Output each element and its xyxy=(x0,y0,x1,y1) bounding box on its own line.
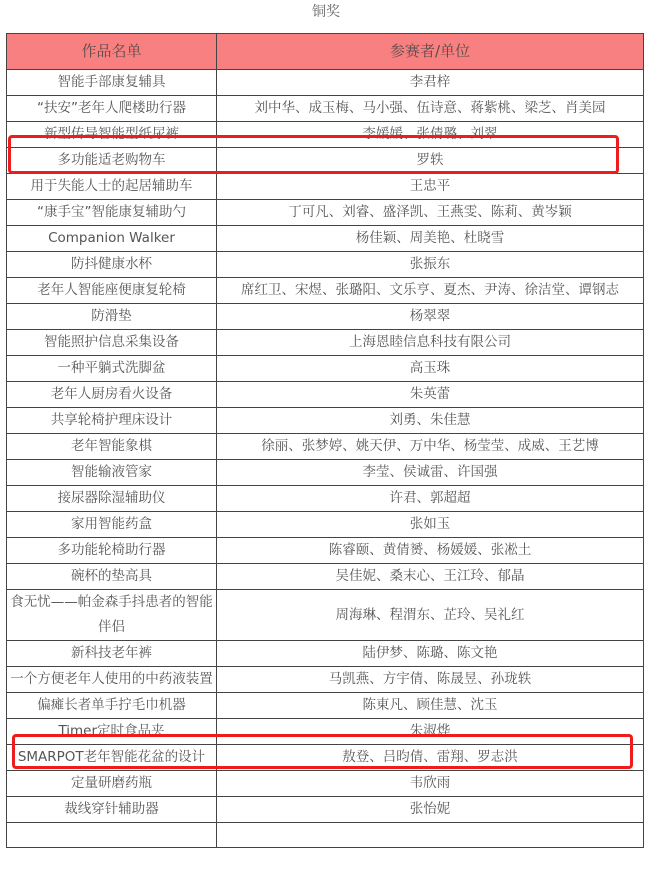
participants-cell: 刘勇、朱佳慧 xyxy=(217,408,644,434)
work-cell: 新型传导智能型纸尿裤 xyxy=(7,122,217,148)
table-row: 多功能适老购物车罗轶 xyxy=(7,148,644,174)
column-header-participants: 参赛者/单位 xyxy=(217,34,644,70)
participants-cell: 周海琳、程渭东、芷玲、吴礼红 xyxy=(217,590,644,641)
table-row: 智能照护信息采集设备上海恩睦信息科技有限公司 xyxy=(7,330,644,356)
participants-cell: 陈睿颐、黄倩赟、杨媛媛、张凇土 xyxy=(217,538,644,564)
table-row: 一种平躺式洗脚盆高玉珠 xyxy=(7,356,644,382)
participants-cell: 陈東凡、顾佳慧、沈玉 xyxy=(217,693,644,719)
participants-cell: 许君、郭超超 xyxy=(217,486,644,512)
participants-cell: 张怡妮 xyxy=(217,797,644,823)
table-row: 智能手部康复辅具李君梓 xyxy=(7,70,644,96)
participants-cell: 张振东 xyxy=(217,252,644,278)
work-cell: 多功能轮椅助行器 xyxy=(7,538,217,564)
work-cell: 老年人智能座便康复轮椅 xyxy=(7,278,217,304)
participants-cell: 高玉珠 xyxy=(217,356,644,382)
work-cell: 智能输液管家 xyxy=(7,460,217,486)
table-row: 共享轮椅护理床设计刘勇、朱佳慧 xyxy=(7,408,644,434)
work-cell xyxy=(7,823,217,848)
participants-cell: 李媛媛、张倩璐、刘翠 xyxy=(217,122,644,148)
table-body: 智能手部康复辅具李君梓 “扶安”老年人爬楼助行器刘中华、成玉梅、马小强、伍诗意、… xyxy=(7,70,644,848)
table-row: 接尿器除湿辅助仪许君、郭超超 xyxy=(7,486,644,512)
table-row: “扶安”老年人爬楼助行器刘中华、成玉梅、马小强、伍诗意、蒋紫桃、梁芝、肖美园 xyxy=(7,96,644,122)
table-row: 防抖健康水杯张振东 xyxy=(7,252,644,278)
work-cell: 食无忧——帕金森手抖患者的智能伴侣 xyxy=(7,590,217,641)
table-row: 多功能轮椅助行器陈睿颐、黄倩赟、杨媛媛、张凇土 xyxy=(7,538,644,564)
work-cell: Timer定时食品夹 xyxy=(7,719,217,745)
work-cell: 碗杯的垫高具 xyxy=(7,564,217,590)
participants-cell: 敖登、吕昀倩、雷翔、罗志洪 xyxy=(217,745,644,771)
participants-cell: 罗轶 xyxy=(217,148,644,174)
work-cell: 新科技老年裤 xyxy=(7,641,217,667)
work-cell: 定量研磨药瓶 xyxy=(7,771,217,797)
participants-cell: 吴佳妮、桑末心、王江玲、郁晶 xyxy=(217,564,644,590)
section-title: 铜奖 xyxy=(0,0,652,24)
table-row: 食无忧——帕金森手抖患者的智能伴侣周海琳、程渭东、芷玲、吴礼红 xyxy=(7,590,644,641)
work-cell: 家用智能药盒 xyxy=(7,512,217,538)
participants-cell: 杨佳颖、周美艳、杜晓雪 xyxy=(217,226,644,252)
participants-cell: 丁可凡、刘睿、盛泽凯、王燕雯、陈莉、黄岑颖 xyxy=(217,200,644,226)
table-row: 智能输液管家李莹、侯诚雷、许国强 xyxy=(7,460,644,486)
awards-table: 作品名单 参赛者/单位 智能手部康复辅具李君梓 “扶安”老年人爬楼助行器刘中华、… xyxy=(6,33,644,848)
table-row: 防滑垫杨翠翠 xyxy=(7,304,644,330)
work-cell: Companion Walker xyxy=(7,226,217,252)
work-cell: 裁线穿针辅助器 xyxy=(7,797,217,823)
table-row: 家用智能药盒张如玉 xyxy=(7,512,644,538)
table-row: 偏瘫长者单手拧毛巾机器陈東凡、顾佳慧、沈玉 xyxy=(7,693,644,719)
table-row: 一个方便老年人使用的中药液装置马凯燕、方宇倩、陈晟昱、孙珑轶 xyxy=(7,667,644,693)
work-cell: 智能照护信息采集设备 xyxy=(7,330,217,356)
participants-cell: 朱淑烨 xyxy=(217,719,644,745)
participants-cell: 陆伊梦、陈璐、陈文艳 xyxy=(217,641,644,667)
work-cell: “康手宝”智能康复辅助勺 xyxy=(7,200,217,226)
table-row: 新型传导智能型纸尿裤李媛媛、张倩璐、刘翠 xyxy=(7,122,644,148)
table-row: 碗杯的垫高具吴佳妮、桑末心、王江玲、郁晶 xyxy=(7,564,644,590)
table-header-row: 作品名单 参赛者/单位 xyxy=(7,34,644,70)
participants-cell: 徐丽、张梦婷、姚天伊、万中华、杨莹莹、成威、王艺博 xyxy=(217,434,644,460)
participants-cell xyxy=(217,823,644,848)
work-cell: 老年人厨房看火设备 xyxy=(7,382,217,408)
column-header-work: 作品名单 xyxy=(7,34,217,70)
work-cell: 智能手部康复辅具 xyxy=(7,70,217,96)
work-cell: 偏瘫长者单手拧毛巾机器 xyxy=(7,693,217,719)
table-row: 老年人智能座便康复轮椅席红卫、宋煜、张璐阳、文乐亨、夏杰、尹涛、徐洁堂、谭钢志 xyxy=(7,278,644,304)
table-row: SMARPOT老年智能花盆的设计敖登、吕昀倩、雷翔、罗志洪 xyxy=(7,745,644,771)
table-row: Companion Walker杨佳颖、周美艳、杜晓雪 xyxy=(7,226,644,252)
participants-cell: 席红卫、宋煜、张璐阳、文乐亨、夏杰、尹涛、徐洁堂、谭钢志 xyxy=(217,278,644,304)
table-row: 用于失能人士的起居辅助车王忠平 xyxy=(7,174,644,200)
work-cell: 多功能适老购物车 xyxy=(7,148,217,174)
table-row: 定量研磨药瓶韦欣雨 xyxy=(7,771,644,797)
table-row: 老年智能象棋徐丽、张梦婷、姚天伊、万中华、杨莹莹、成威、王艺博 xyxy=(7,434,644,460)
work-cell: “扶安”老年人爬楼助行器 xyxy=(7,96,217,122)
work-cell: 共享轮椅护理床设计 xyxy=(7,408,217,434)
work-cell: 接尿器除湿辅助仪 xyxy=(7,486,217,512)
participants-cell: 韦欣雨 xyxy=(217,771,644,797)
participants-cell: 刘中华、成玉梅、马小强、伍诗意、蒋紫桃、梁芝、肖美园 xyxy=(217,96,644,122)
work-cell: 防抖健康水杯 xyxy=(7,252,217,278)
work-cell: SMARPOT老年智能花盆的设计 xyxy=(7,745,217,771)
work-cell: 一个方便老年人使用的中药液装置 xyxy=(7,667,217,693)
participants-cell: 张如玉 xyxy=(217,512,644,538)
work-cell: 用于失能人士的起居辅助车 xyxy=(7,174,217,200)
work-cell: 老年智能象棋 xyxy=(7,434,217,460)
participants-cell: 李君梓 xyxy=(217,70,644,96)
table-row xyxy=(7,823,644,848)
work-cell: 一种平躺式洗脚盆 xyxy=(7,356,217,382)
participants-cell: 马凯燕、方宇倩、陈晟昱、孙珑轶 xyxy=(217,667,644,693)
table-row: 新科技老年裤陆伊梦、陈璐、陈文艳 xyxy=(7,641,644,667)
work-cell: 防滑垫 xyxy=(7,304,217,330)
participants-cell: 上海恩睦信息科技有限公司 xyxy=(217,330,644,356)
table-row: Timer定时食品夹朱淑烨 xyxy=(7,719,644,745)
table-row: “康手宝”智能康复辅助勺丁可凡、刘睿、盛泽凯、王燕雯、陈莉、黄岑颖 xyxy=(7,200,644,226)
participants-cell: 朱英蕾 xyxy=(217,382,644,408)
participants-cell: 王忠平 xyxy=(217,174,644,200)
table-row: 裁线穿针辅助器张怡妮 xyxy=(7,797,644,823)
participants-cell: 李莹、侯诚雷、许国强 xyxy=(217,460,644,486)
participants-cell: 杨翠翠 xyxy=(217,304,644,330)
table-row: 老年人厨房看火设备朱英蕾 xyxy=(7,382,644,408)
